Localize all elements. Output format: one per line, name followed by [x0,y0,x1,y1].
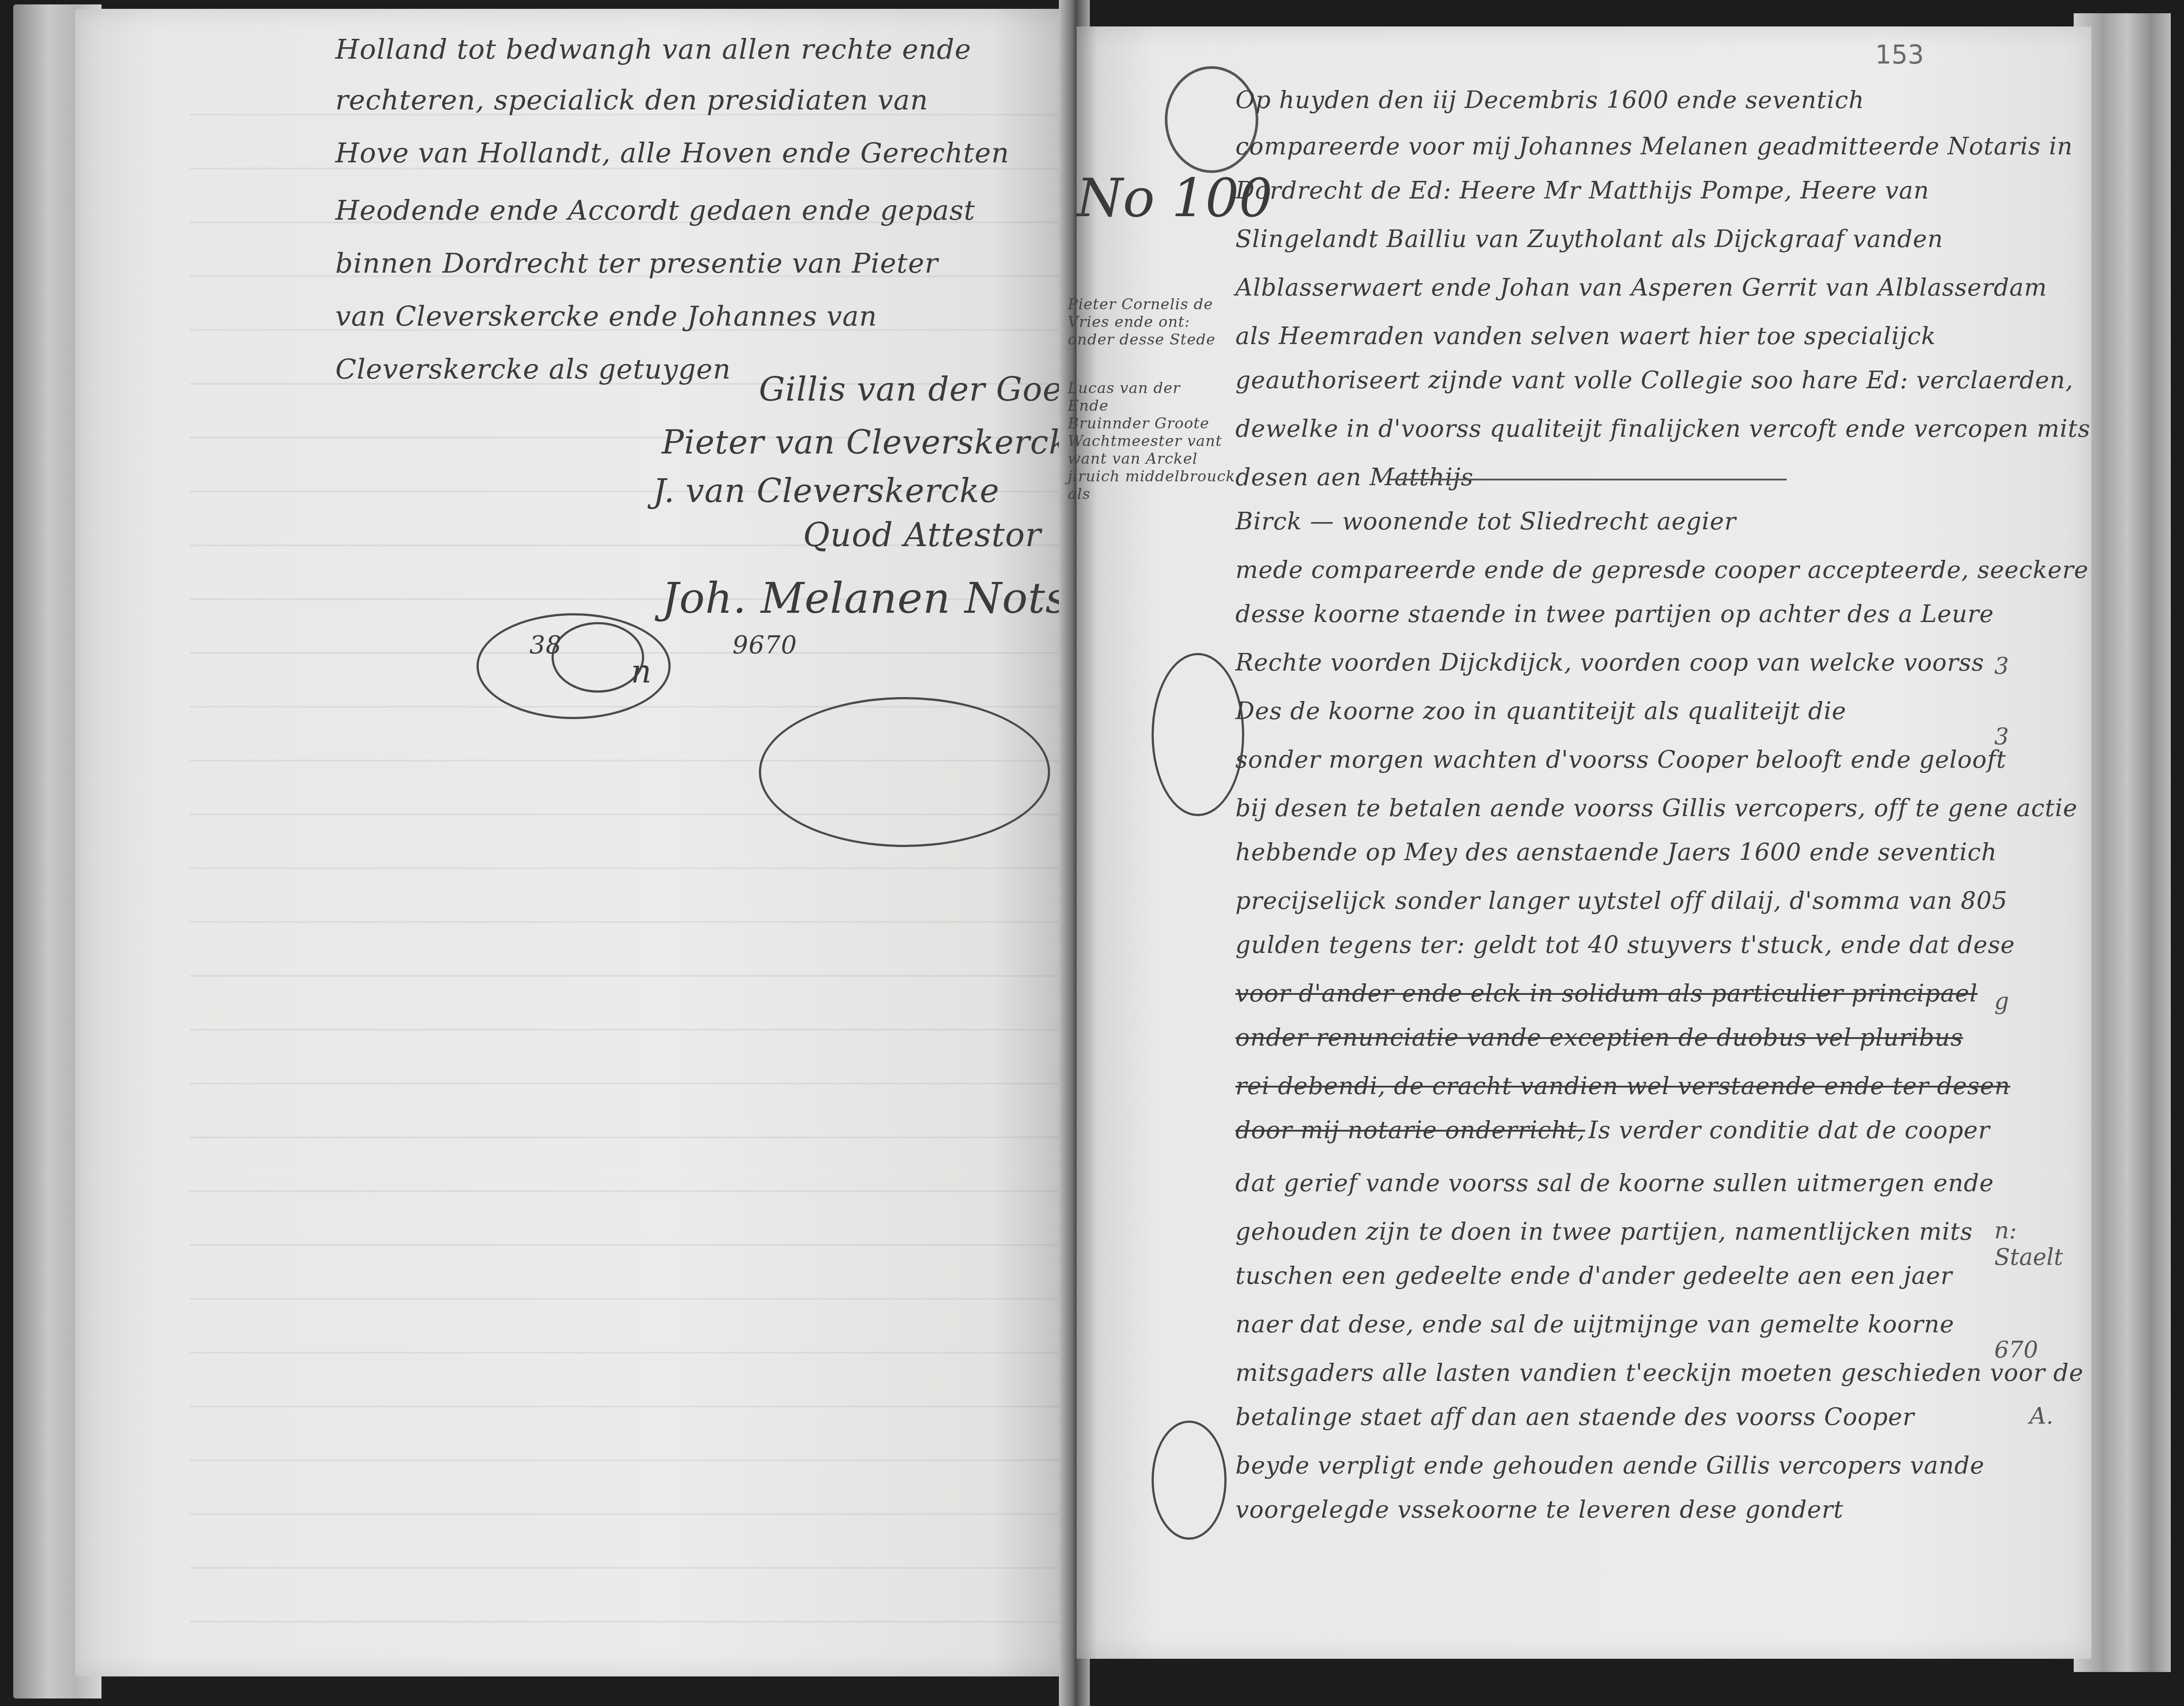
date-cartouche-flourish [552,622,644,693]
right-text-line-struck: door mij notarie onderricht, [1235,1116,1585,1144]
right-text-line-struck: rei debendi, de cracht vandien wel verst… [1235,1072,2010,1100]
left-text-line: Hove van Hollandt, alle Hoven ende Gerec… [335,137,1009,169]
right-text-line: dat gerief vande voorss sal de koorne su… [1235,1169,1994,1197]
margin-note-line: Wachtmeester vant [1068,432,1222,450]
margin-note-line: Bruinnder Groote [1068,415,1209,432]
right-text-line: beyde verpligt ende gehouden aende Gilli… [1235,1451,1985,1479]
right-text-line: Rechte voorden Dijckdijck, voorden coop … [1235,649,1984,676]
right-text-line: tuschen een gedeelte ende d'ander gedeel… [1235,1262,1952,1290]
signature-witness-2: Pieter van Cleverskercke [662,424,1089,461]
right-text-line: bij desen te betalen aende voorss Gillis… [1235,794,2078,822]
right-text-line: gehouden zijn te doen in twee partijen, … [1235,1218,1973,1245]
right-text-line: als Heemraden vanden selven waert hier t… [1235,322,1936,350]
right-text-line: gulden tegens ter: geldt tot 40 stuyvers… [1235,931,2015,959]
right-text-line: Des de koorne zoo in quantiteijt als qua… [1235,697,1846,725]
decorated-initial-B [1152,1421,1227,1540]
book-spread: Holland tot bedwangh van allen rechte en… [0,0,2184,1706]
edge-fragment: 670 [1994,1337,2038,1363]
right-text-line: Dordrecht de Ed: Heere Mr Matthijs Pompe… [1235,176,1929,204]
left-text-line: Heodende ende Accordt gedaen ende gepast [335,194,976,226]
date-month: n [631,653,652,690]
signature-witness-1: Gillis van der Goes [759,371,1080,409]
right-text-line: Op huyden den iij Decembris 1600 ende se… [1235,86,1865,114]
notary-signature: Joh. Melanen Nots [662,574,1068,623]
margin-note-line: Lucas van der [1068,379,1180,397]
margin-note-line: want van Arckel [1068,450,1197,468]
date-year: 9670 [732,631,797,660]
right-text-line: naer dat dese, ende sal de uijtmijnge va… [1235,1310,1954,1338]
left-text-line: rechteren, specialick den presidiaten va… [335,84,928,116]
right-text-line: Birck — woonende tot Sliedrecht aegier [1235,507,1736,535]
left-text-line: van Cleverskercke ende Johannes van [335,300,877,332]
right-text-line: Alblasserwaert ende Johan van Asperen Ge… [1235,274,2047,301]
edge-fragment: n: [1994,1218,2017,1244]
right-text-line: compareerde voor mij Johannes Melanen ge… [1235,132,2073,160]
strike-line [1390,479,1787,480]
right-text-line-struck: onder renunciatie vande exceptien de duo… [1235,1024,1963,1051]
right-text-line-struck: voor d'ander ende elck in solidum als pa… [1235,979,1978,1007]
edge-fragment: A. [2030,1403,2053,1429]
margin-note-line: onder desse Stede [1068,331,1216,349]
right-text-line: desen aen Matthijs [1235,463,1474,491]
margin-note-line: Pieter Cornelis de [1068,296,1213,313]
right-text-line: sonder morgen wachten d'voorss Cooper be… [1235,746,2006,773]
right-text-line: Is verder conditie dat de cooper [1588,1116,1990,1144]
attestation-text: Quod Attestor [803,516,1041,554]
right-text-line: voorgelegde vssekoorne te leveren dese g… [1235,1496,1843,1523]
right-text-line: desse koorne staende in twee partijen op… [1235,600,1994,628]
right-text-line: betalinge staet aff dan aen staende des … [1235,1403,1914,1431]
folio-number: 153 [1875,40,1924,70]
right-text-line: Slingelandt Bailliu van Zuytholant als D… [1235,225,1943,253]
right-text-line: mede compareerde ende de gepresde cooper… [1235,556,2089,584]
date-day: 38 [529,631,562,660]
edge-fragment: Staelt [1994,1244,2063,1271]
margin-note-line: als [1068,485,1091,503]
left-text-line: Cleverskercke als getuygen [335,353,731,385]
right-text-line: dewelke in d'voorss qualiteijt finalijck… [1235,415,2090,442]
margin-note-line: jiruich middelbrouck [1068,468,1235,485]
right-text-line: geauthoriseert zijnde vant volle Collegi… [1235,366,2074,394]
right-text-line: precijselijck sonder langer uytstel off … [1235,887,2008,915]
signature-witness-3: J. van Cleverskercke [653,472,999,510]
right-text-line: hebbende op Mey des aenstaende Jaers 160… [1235,838,1997,866]
edge-fragment: 3 [1994,653,2009,679]
signature-loop-flourish [759,697,1050,847]
left-text-line: Holland tot bedwangh van allen rechte en… [335,33,971,65]
margin-note-line: Ende [1068,397,1109,415]
right-text-line: mitsgaders alle lasten vandien t'eeckijn… [1235,1359,2083,1387]
edge-fragment: g [1994,988,2009,1015]
edge-fragment: 3 [1994,724,2009,750]
left-text-line: binnen Dordrecht ter presentie van Piete… [335,247,938,279]
decorated-initial-D [1152,653,1244,816]
margin-note-line: Vries ende ont: [1068,313,1190,331]
